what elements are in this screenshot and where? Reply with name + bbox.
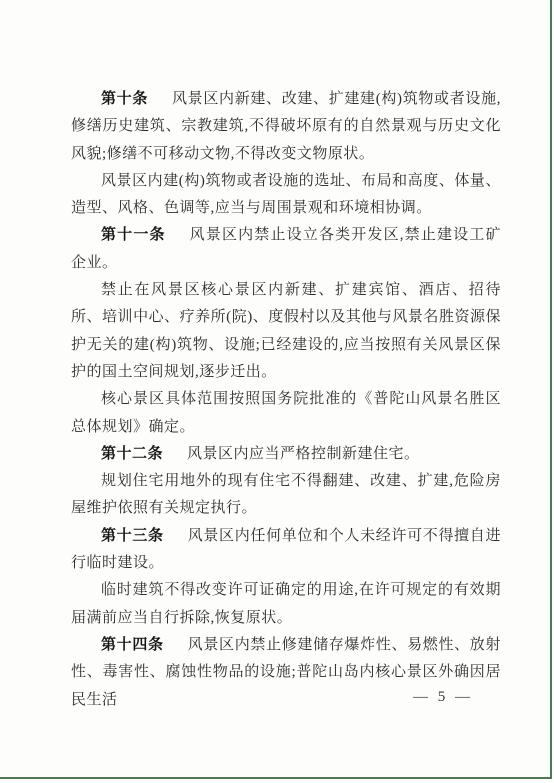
paragraph: 第十三条风景区内任何单位和个人未经许可不得擅自进行临时建设。: [71, 523, 501, 578]
paragraph: 禁止在风景区核心景区内新建、扩建宾馆、酒店、招待所、培训中心、疗养所(院)、度假…: [71, 277, 501, 386]
article-number: 第十条: [101, 91, 148, 107]
paragraph-text: 风景区内建(构)筑物或者设施的选址、布局和高度、体量、造型、风格、色调等,应当与…: [71, 173, 501, 216]
article-number: 第十一条: [101, 227, 166, 243]
document-page: 第十条风景区内新建、改建、扩建建(构)筑物或者设施,修缮历史建筑、宗教建筑,不得…: [0, 0, 554, 783]
paragraph: 第十一条风景区内禁止设立各类开发区,禁止建设工矿企业。: [71, 222, 501, 277]
paragraph-text: 风景区内应当严格控制新建住宅。: [187, 446, 420, 462]
paragraph: 风景区内建(构)筑物或者设施的选址、布局和高度、体量、造型、风格、色调等,应当与…: [71, 168, 501, 223]
article-number: 第十四条: [101, 637, 164, 653]
paragraph: 第十条风景区内新建、改建、扩建建(构)筑物或者设施,修缮历史建筑、宗教建筑,不得…: [71, 86, 501, 168]
paragraph-text: 临时建筑不得改变许可证确定的用途,在许可规定的有效期届满前应当自行拆除,恢复原状…: [71, 582, 501, 625]
page-number: — 5 —: [413, 687, 473, 707]
scan-edge-bottom: [0, 777, 552, 779]
paragraph: 第十二条风景区内应当严格控制新建住宅。: [71, 441, 501, 468]
document-body-text: 第十条风景区内新建、改建、扩建建(构)筑物或者设施,修缮历史建筑、宗教建筑,不得…: [71, 86, 501, 714]
paragraph: 临时建筑不得改变许可证确定的用途,在许可规定的有效期届满前应当自行拆除,恢复原状…: [71, 577, 501, 632]
article-number: 第十二条: [101, 446, 163, 462]
paragraph: 核心景区具体范围按照国务院批准的《普陀山风景名胜区总体规划》确定。: [71, 386, 501, 441]
article-number: 第十三条: [101, 528, 164, 544]
scan-edge-right: [550, 0, 552, 779]
paragraph-text: 规划住宅用地外的现有住宅不得翻建、改建、扩建,危险房屋维护依照有关规定执行。: [71, 473, 501, 516]
paragraph: 规划住宅用地外的现有住宅不得翻建、改建、扩建,危险房屋维护依照有关规定执行。: [71, 468, 501, 523]
paragraph-text: 核心景区具体范围按照国务院批准的《普陀山风景名胜区总体规划》确定。: [71, 391, 501, 434]
paragraph-text: 禁止在风景区核心景区内新建、扩建宾馆、酒店、招待所、培训中心、疗养所(院)、度假…: [71, 282, 501, 380]
